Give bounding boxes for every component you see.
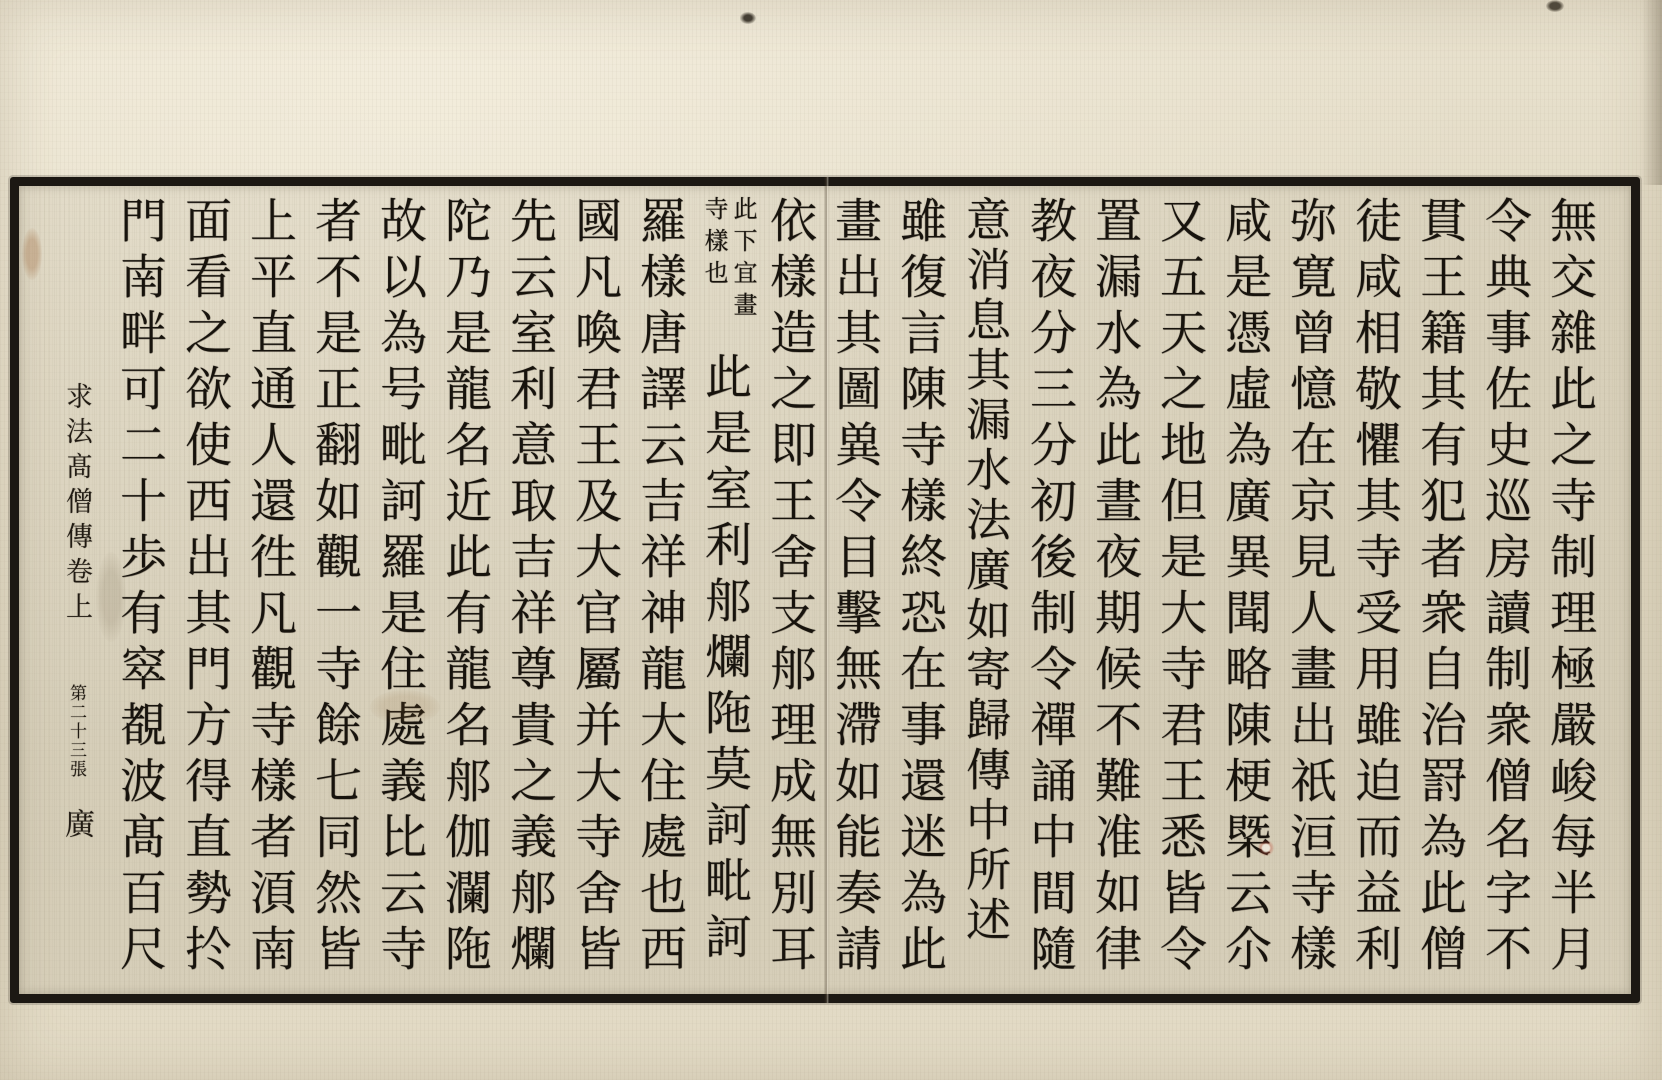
sheet-number: 第二十三張 [63,684,89,779]
text-column-21: 上平直通人還徃凡觀寺樣者湏南 [238,196,301,982]
text-column-2: 令典事佐史巡房讀制衆僧名字不 [1473,196,1536,982]
page-edge-shadow [1642,0,1662,185]
text-column-19: 故以為号毗訶羅是住處義比云寺 [368,196,431,982]
text-column-13: 依樣造之即王舍支郍理成無別耳 [758,196,821,982]
text-column-10: 意消息其漏水法廣如寄歸傳中所述 [953,196,1016,982]
ink-speck [1546,0,1564,12]
text-column-12: 畫出其圖兾令目擊無滯如能奏請 [823,196,886,982]
text-column-4: 徒咸相敬懼其寺受用雖迫而益利 [1343,196,1406,982]
text-column-1: 無交雜此之寺制理極嚴峻每半月 [1538,196,1601,982]
manuscript-page: 無交雜此之寺制理極嚴峻每半月 令典事佐史巡房讀制衆僧名字不 貫王籍其有犯者衆自治… [0,0,1662,1080]
text-frame: 無交雜此之寺制理極嚴峻每半月 令典事佐史巡房讀制衆僧名字不 貫王籍其有犯者衆自治… [10,177,1640,1003]
text-columns: 無交雜此之寺制理極嚴峻每半月 令典事佐史巡房讀制衆僧名字不 貫王籍其有犯者衆自治… [19,186,1631,994]
note-line-2: 寺樣也 [700,196,727,346]
text-column-9: 教夜分三分初後制令禪誦中間隨 [1018,196,1081,982]
text-column-6: 咸是憑虛為廣異聞略陳梗槩云尒 [1213,196,1276,982]
text-column-7: 又五天之地但是大寺君王悉皆令 [1148,196,1211,982]
text-column-18: 陀乃是龍名近此有龍名郍伽瀾陁 [433,196,496,982]
text-column-3: 貫王籍其有犯者衆自治罸為此僧 [1408,196,1471,982]
collation-mark: 廣 [56,808,96,838]
note-line-1: 此下宜畫 [729,196,756,346]
volume-title: 求法髙僧傳卷上 [56,382,96,627]
text-column-11: 雖復言陳寺樣終恐在事還迷為此 [888,196,951,982]
colophon-column: 求法髙僧傳卷上 第二十三張 廣 [46,196,106,982]
text-column-5: 弥寛曾憶在京見人畫出祇洹寺樣 [1278,196,1341,982]
text-column-16: 國凡喚君王及大官屬并大寺舍皆 [563,196,626,982]
text-column-22: 面看之欲使西出其門方得直勢扵 [173,196,236,982]
text-column-23: 門南畔可二十歩有窣覩波髙百尺 [108,196,171,982]
text-column-8: 置漏水為此晝夜期候不難准如律 [1083,196,1146,982]
text-column-20: 者不是正翻如觀一寺餘七同然皆 [303,196,366,982]
text-column-17: 先云室利意取吉祥尊貴之義郍爛 [498,196,561,982]
column-14-text: 此是室利郍爛陁莫訶毗訶 [697,352,752,968]
ink-speck [740,12,756,24]
text-column-14: 此下宜畫 寺樣也 此是室利郍爛陁莫訶毗訶 [693,196,756,982]
text-column-15: 羅樣唐譯云吉祥神龍大住處也西 [628,196,691,982]
interlinear-note: 此下宜畫 寺樣也 [700,196,756,346]
